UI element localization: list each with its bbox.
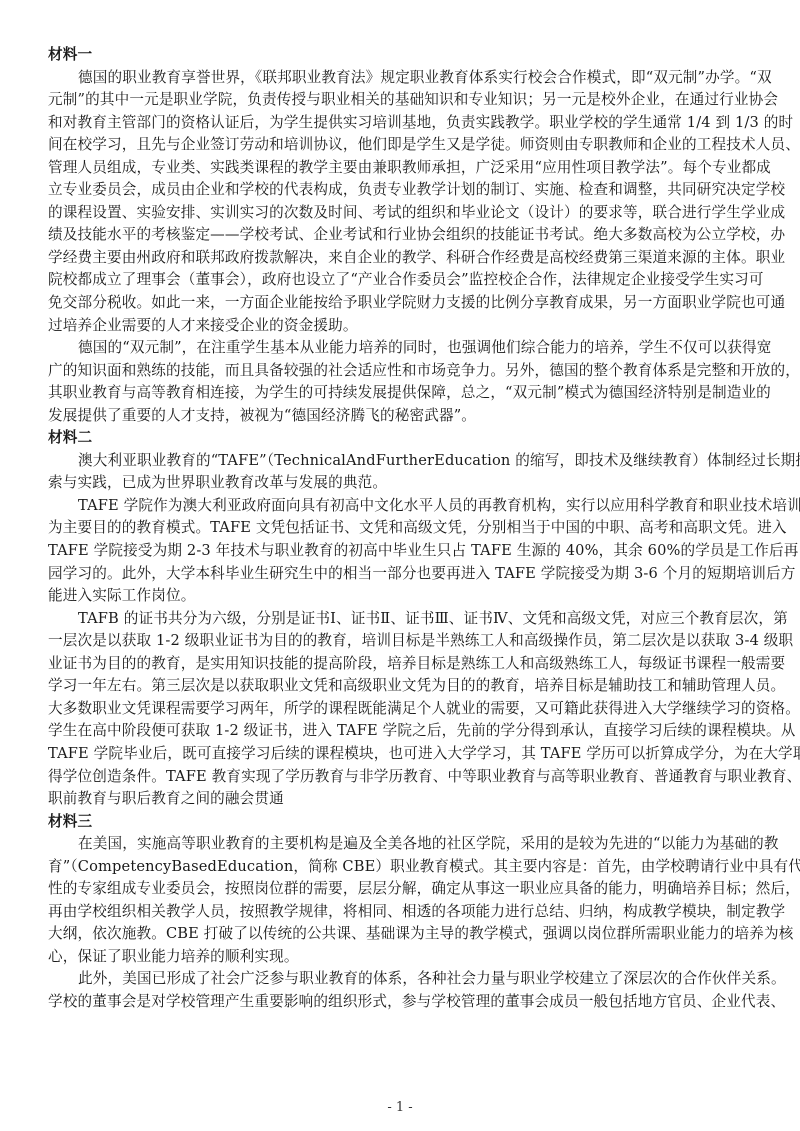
- text-line: 元制”的其中一元是职业学院，负责传授与职业相关的基础知识和专业知识；另一元是校外…: [48, 89, 754, 112]
- document-page: 材料一 德国的职业教育享誉世界，《联邦职业教育法》规定职业教育体系实行校会合作模…: [48, 44, 754, 1014]
- text-line: 绩及技能水平的考核鉴定——学校考试、企业考试和行业协会组织的技能证书考试。绝大多…: [48, 224, 754, 247]
- text-line: 院校都成立了理事会（董事会），政府也设立了“产业合作委员会”监控校企合作，法律规…: [48, 269, 754, 292]
- text-line: 发展提供了重要的人才支持，被视为“德国经济腾飞的秘密武器”。: [48, 405, 754, 428]
- text-line: 性的专家组成专业委员会，按照岗位群的需要，层层分解，确定从事这一职业应具备的能力…: [48, 878, 754, 901]
- text-line: 管理人员组成，专业类、实践类课程的教学主要由兼职教师承担，广泛采用“应用性项目教…: [48, 157, 754, 180]
- text-line: 和对教育主管部门的资格认证后，为学生提供实习培训基地，负责实践教学。职业学校的学…: [48, 112, 754, 135]
- text-line: 广的知识面和熟练的技能，而且具备较强的社会适应性和市场竞争力。另外，德国的整个教…: [48, 360, 754, 383]
- text-line: 园学习的。此外，大学本科毕业生研究生中的相当一部分也要再进入 TAFE 学院接受…: [48, 563, 754, 586]
- section-1-paragraph-1: 德国的职业教育享誉世界，《联邦职业教育法》规定职业教育体系实行校会合作模式，即“…: [48, 67, 754, 338]
- text-line: 过培养企业需要的人才来接受企业的资金援助。: [48, 315, 754, 338]
- section-heading-1: 材料一: [48, 44, 754, 67]
- text-line: 学校的董事会是对学校管理产生重要影响的组织形式，参与学校管理的董事会成员一般包括…: [48, 991, 754, 1014]
- text-line: 得学位创造条件。TAFE 教育实现了学历教育与非学历教育、中等职业教育与高等职业…: [48, 766, 754, 789]
- text-line: 大多数职业文凭课程需要学习两年，所学的课程既能满足个人就业的需要，又可籍此获得进…: [48, 698, 754, 721]
- text-line: 德国的职业教育享誉世界，《联邦职业教育法》规定职业教育体系实行校会合作模式，即“…: [48, 67, 754, 90]
- text-line: TAFE 学院毕业后，既可直接学习后续的课程模块，也可进入大学学习，其 TAFE…: [48, 743, 754, 766]
- section-1-paragraph-2: 德国的“双元制”，在注重学生基本从业能力培养的同时，也强调他们综合能力的培养，学…: [48, 337, 754, 427]
- section-3-paragraph-1: 在美国，实施高等职业教育的主要机构是遍及全美各地的社区学院，采用的是较为先进的“…: [48, 833, 754, 968]
- text-line: 德国的“双元制”，在注重学生基本从业能力培养的同时，也强调他们综合能力的培养，学…: [48, 337, 754, 360]
- text-line: 心，保证了职业能力培养的顺利实现。: [48, 946, 754, 969]
- text-line: 一层次是以获取 1-2 级职业证书为目的的教育，培训目标是半熟练工人和高级操作员…: [48, 630, 754, 653]
- text-line: TAFE 学院作为澳大利亚政府面向具有初高中文化水平人员的再教育机构，实行以应用…: [48, 495, 754, 518]
- text-line: 在美国，实施高等职业教育的主要机构是遍及全美各地的社区学院，采用的是较为先进的“…: [48, 833, 754, 856]
- text-line: 业证书为目的的教育，是实用知识技能的提高阶段，培养目标是熟练工人和高级熟练工人，…: [48, 653, 754, 676]
- section-2-paragraph-2: TAFE 学院作为澳大利亚政府面向具有初高中文化水平人员的再教育机构，实行以应用…: [48, 495, 754, 608]
- text-line: 职前教育与职后教育之间的融会贯通: [48, 788, 754, 811]
- text-line: 学经费主要由州政府和联邦政府拨款解决，来自企业的教学、科研合作经费是高校经费第三…: [48, 247, 754, 270]
- text-line: TAFE 学院接受为期 2-3 年技术与职业教育的初高中毕业生只占 TAFE 生…: [48, 540, 754, 563]
- text-line: 免交部分税收。如此一来，一方面企业能按给予职业学院财力支援的比例分享教育成果，另…: [48, 292, 754, 315]
- text-line: 的课程设置、实验安排、实训实习的次数及时间、考试的组织和毕业论文（设计）的要求等…: [48, 202, 754, 225]
- section-heading-2: 材料二: [48, 427, 754, 450]
- page-number: - 1 -: [0, 1100, 800, 1115]
- text-line: 为主要目的的教育模式。TAFE 文凭包括证书、文凭和高级文凭，分别相当于中国的中…: [48, 517, 754, 540]
- text-line: 学生在高中阶段便可获取 1-2 级证书，进入 TAFE 学院之后，先前的学分得到…: [48, 720, 754, 743]
- section-2-paragraph-1: 澳大利亚职业教育的“TAFE”（TechnicalAndFurtherEduca…: [48, 450, 754, 495]
- text-line: 其职业教育与高等教育相连接，为学生的可持续发展提供保障，总之，“双元制”模式为德…: [48, 382, 754, 405]
- text-line: 索与实践，已成为世界职业教育改革与发展的典范。: [48, 472, 754, 495]
- text-line: 间在校学习，且先与企业签订劳动和培训协议，他们即是学生又是学徒。师资则由专职教师…: [48, 134, 754, 157]
- section-3-paragraph-2: 此外，美国已形成了社会广泛参与职业教育的体系，各种社会力量与职业学校建立了深层次…: [48, 968, 754, 1013]
- section-2-paragraph-3: TAFB 的证书共分为六级，分别是证书Ⅰ、证书Ⅱ、证书Ⅲ、证书Ⅳ、文凭和高级文凭…: [48, 608, 754, 811]
- text-line: 此外，美国已形成了社会广泛参与职业教育的体系，各种社会力量与职业学校建立了深层次…: [48, 968, 754, 991]
- text-line: 学习一年左右。第三层次是以获取职业文凭和高级职业文凭为目的的教育，培养目标是辅助…: [48, 675, 754, 698]
- text-line: 再由学校组织相关教学人员，按照教学规律，将相同、相透的各项能力进行总结、归纳，构…: [48, 901, 754, 924]
- text-line: 澳大利亚职业教育的“TAFE”（TechnicalAndFurtherEduca…: [48, 450, 754, 473]
- text-line: TAFB 的证书共分为六级，分别是证书Ⅰ、证书Ⅱ、证书Ⅲ、证书Ⅳ、文凭和高级文凭…: [48, 608, 754, 631]
- text-line: 能进入实际工作岗位。: [48, 585, 754, 608]
- text-line: 大纲，依次施教。CBE 打破了以传统的公共课、基础课为主导的教学模式，强调以岗位…: [48, 923, 754, 946]
- text-line: 立专业委员会，成员由企业和学校的代表构成，负责专业教学计划的制订、实施、检查和调…: [48, 179, 754, 202]
- text-line: 育”（CompetencyBasedEducation，简称 CBE）职业教育模…: [48, 856, 754, 879]
- section-heading-3: 材料三: [48, 811, 754, 834]
